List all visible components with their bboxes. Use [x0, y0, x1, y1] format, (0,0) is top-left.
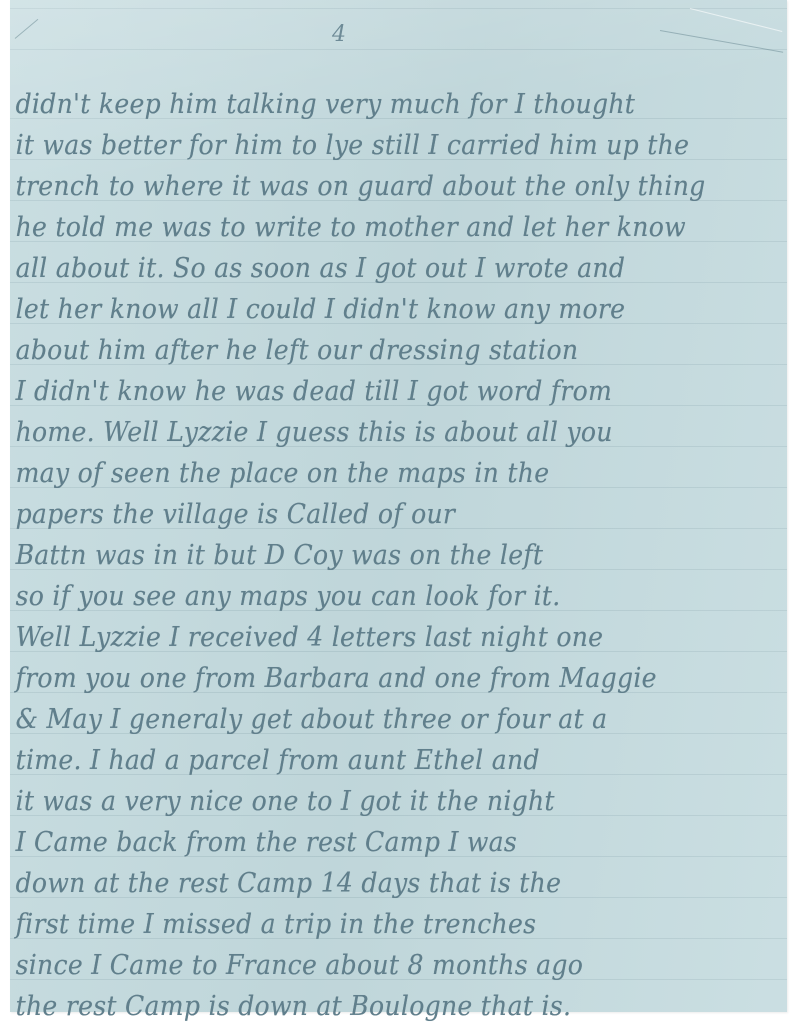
letter-line: papers the village is Called of our: [10, 494, 733, 535]
letter-line: Battn was in it but D Coy was on the lef…: [10, 535, 733, 576]
letter-line: let her know all I could I didn't know a…: [10, 289, 733, 330]
letter-line: I Came back from the rest Camp I was: [10, 822, 733, 863]
letter-line: I didn't know he was dead till I got wor…: [10, 371, 733, 412]
letter-line: down at the rest Camp 14 days that is th…: [10, 863, 733, 904]
letter-page: 4 didn't keep him talking very much for …: [10, 0, 787, 1012]
paper-crease: [660, 30, 783, 53]
letter-line: home. Well Lyzzie I guess this is about …: [10, 412, 733, 453]
page-number: 4: [332, 22, 346, 47]
letter-line: first time I missed a trip in the trench…: [10, 904, 733, 945]
letter-line: time. I had a parcel from aunt Ethel and: [10, 740, 733, 781]
letter-line: so if you see any maps you can look for …: [10, 576, 733, 617]
letter-line: may of seen the place on the maps in the: [10, 453, 733, 494]
letter-line: Well Lyzzie I received 4 letters last ni…: [10, 617, 733, 658]
letter-line: it was a very nice one to I got it the n…: [10, 781, 733, 822]
letter-line: all about it. So as soon as I got out I …: [10, 248, 733, 289]
letter-line: since I Came to France about 8 months ag…: [10, 945, 733, 986]
letter-line: & May I generaly get about three or four…: [10, 699, 733, 740]
paper-crease: [690, 8, 782, 32]
letter-line: trench to where it was on guard about th…: [10, 166, 733, 207]
letter-line: about him after he left our dressing sta…: [10, 330, 733, 371]
letter-line: didn't keep him talking very much for I …: [10, 84, 733, 125]
letter-line: the rest Camp is down at Boulogne that i…: [10, 986, 733, 1024]
letter-line: he told me was to write to mother and le…: [10, 207, 733, 248]
letter-body: didn't keep him talking very much for I …: [10, 84, 787, 1024]
letter-line: from you one from Barbara and one from M…: [10, 658, 733, 699]
letter-line: it was better for him to lye still I car…: [10, 125, 733, 166]
paper-crease: [15, 19, 39, 39]
